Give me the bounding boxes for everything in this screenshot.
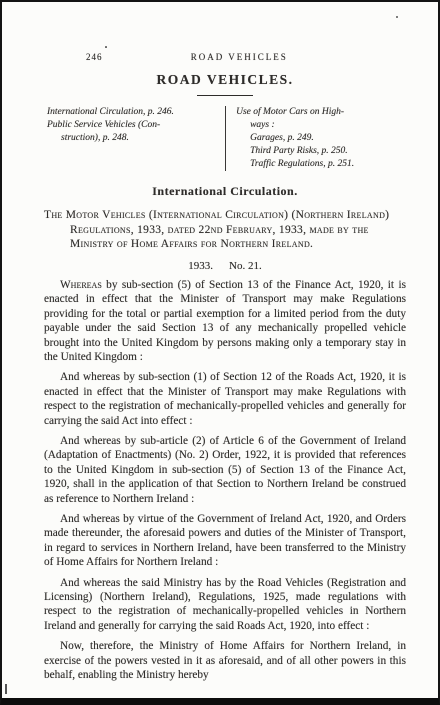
paragraph-whereas-4: And whereas by virtue of the Government … xyxy=(44,512,406,570)
regulation-title: The Motor Vehicles (International Circul… xyxy=(44,208,406,252)
paragraph-whereas-3: And whereas by sub-article (2) of Articl… xyxy=(44,434,406,506)
index-entry: Garages, p. 249. xyxy=(236,132,406,145)
paragraph-text: And whereas by sub-article (2) of Articl… xyxy=(44,435,406,505)
title-rule xyxy=(197,95,253,96)
index-entry: Use of Motor Cars on High- xyxy=(236,106,406,119)
section-title: ROAD VEHICLES. xyxy=(44,72,406,88)
index-entry-continuation: ways : xyxy=(236,119,406,132)
page-content: 246 ROAD VEHICLES ROAD VEHICLES. Interna… xyxy=(2,2,438,682)
paragraph-lead: Whereas xyxy=(60,279,102,291)
circulation-heading: International Circulation. xyxy=(44,184,406,199)
paragraph-text: And whereas by virtue of the Government … xyxy=(44,513,406,568)
index-entry: Third Party Risks, p. 250. xyxy=(236,145,406,158)
index-right-column: Use of Motor Cars on High- ways : Garage… xyxy=(226,106,406,171)
paragraph-whereas-5: And whereas the said Ministry has by the… xyxy=(44,576,406,634)
scan-speck xyxy=(5,684,7,694)
index-entry: Public Service Vehicles (Con- xyxy=(47,119,217,132)
scan-speck xyxy=(105,46,107,48)
running-head: ROAD VEHICLES xyxy=(103,52,377,62)
index-left-column: International Circulation, p. 246. Publi… xyxy=(47,106,225,171)
paragraph-whereas-1: Whereas by sub-section (5) of Section 13… xyxy=(44,278,406,364)
paragraph-text: Now, therefore, the Ministry of Home Aff… xyxy=(44,640,406,681)
page-number: 246 xyxy=(86,52,103,62)
paragraph-text: And whereas the said Ministry has by the… xyxy=(44,577,406,632)
paragraph-whereas-2: And whereas by sub-section (1) of Sectio… xyxy=(44,370,406,428)
paragraph-text: And whereas by sub-section (1) of Sectio… xyxy=(44,371,406,426)
regulation-year: 1933. xyxy=(188,260,213,272)
page-header: 246 ROAD VEHICLES xyxy=(44,52,406,62)
index-table: International Circulation, p. 246. Publi… xyxy=(47,106,406,171)
index-entry: International Circulation, p. 246. xyxy=(47,106,217,119)
regulation-number-line: 1933.No. 21. xyxy=(44,260,406,272)
regulation-number: No. 21. xyxy=(229,260,262,272)
index-entry: Traffic Regulations, p. 251. xyxy=(236,158,406,171)
index-entry-continuation: struction), p. 248. xyxy=(47,132,217,145)
paragraph-now-therefore: Now, therefore, the Ministry of Home Aff… xyxy=(44,639,406,682)
paragraph-text: by sub-section (5) of Section 13 of the … xyxy=(44,279,406,363)
scan-speck xyxy=(396,16,398,18)
scanned-document-page: 246 ROAD VEHICLES ROAD VEHICLES. Interna… xyxy=(0,0,440,705)
